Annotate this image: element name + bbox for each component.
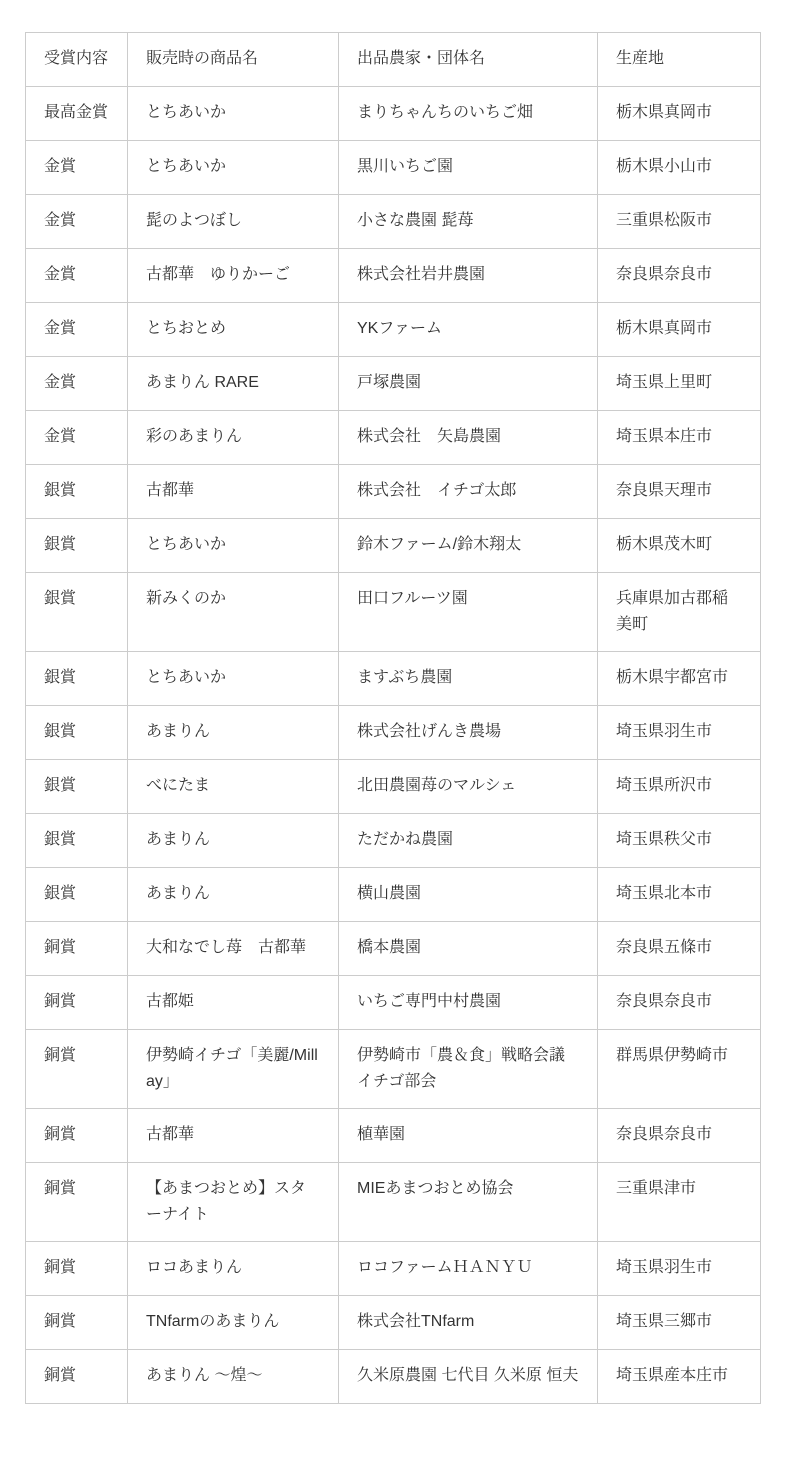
cell-region: 兵庫県加古郡稲美町 xyxy=(598,573,761,652)
cell-award: 最高金賞 xyxy=(26,87,128,141)
cell-product: とちおとめ xyxy=(128,303,339,357)
header-cell-product: 販売時の商品名 xyxy=(128,33,339,87)
cell-product: 髭のよつぼし xyxy=(128,195,339,249)
cell-product: とちあいか xyxy=(128,87,339,141)
cell-farm: まりちゃんちのいちご畑 xyxy=(339,87,598,141)
cell-award: 銅賞 xyxy=(26,922,128,976)
table-row: 金賞彩のあまりん株式会社 矢島農園埼玉県本庄市 xyxy=(26,411,761,465)
table-header-row: 受賞内容 販売時の商品名 出品農家・団体名 生産地 xyxy=(26,33,761,87)
cell-product: あまりん RARE xyxy=(128,357,339,411)
cell-award: 金賞 xyxy=(26,195,128,249)
table-row: 銅賞【あまつおとめ】スターナイトMIEあまつおとめ協会三重県津市 xyxy=(26,1163,761,1242)
cell-region: 奈良県奈良市 xyxy=(598,249,761,303)
page: 受賞内容 販売時の商品名 出品農家・団体名 生産地 最高金賞とちあいかまりちゃん… xyxy=(0,0,800,1457)
cell-farm: YKファーム xyxy=(339,303,598,357)
table-row: 銀賞古都華株式会社 イチゴ太郎奈良県天理市 xyxy=(26,465,761,519)
cell-award: 金賞 xyxy=(26,411,128,465)
cell-award: 銀賞 xyxy=(26,573,128,652)
cell-farm: 田口フルーツ園 xyxy=(339,573,598,652)
cell-farm: 株式会社TNfarm xyxy=(339,1296,598,1350)
cell-product: 【あまつおとめ】スターナイト xyxy=(128,1163,339,1242)
cell-award: 銀賞 xyxy=(26,760,128,814)
header-cell-award: 受賞内容 xyxy=(26,33,128,87)
cell-product: 古都姫 xyxy=(128,976,339,1030)
cell-product: 新みくのか xyxy=(128,573,339,652)
cell-region: 埼玉県所沢市 xyxy=(598,760,761,814)
table-row: 銅賞大和なでし苺 古都華橋本農園奈良県五條市 xyxy=(26,922,761,976)
cell-award: 銅賞 xyxy=(26,1296,128,1350)
cell-region: 埼玉県羽生市 xyxy=(598,706,761,760)
cell-farm: 株式会社 矢島農園 xyxy=(339,411,598,465)
cell-farm: 鈴木ファーム/鈴木翔太 xyxy=(339,519,598,573)
table-row: 銅賞ロコあまりんロコファームＨＡＮＹＵ埼玉県羽生市 xyxy=(26,1242,761,1296)
cell-award: 金賞 xyxy=(26,249,128,303)
cell-product: 古都華 xyxy=(128,1109,339,1163)
cell-farm: 株式会社岩井農園 xyxy=(339,249,598,303)
cell-region: 埼玉県産本庄市 xyxy=(598,1350,761,1404)
cell-product: 大和なでし苺 古都華 xyxy=(128,922,339,976)
table-row: 銅賞伊勢崎イチゴ「美麗/Millay」伊勢崎市「農＆食」戦略会議イチゴ部会群馬県… xyxy=(26,1030,761,1109)
cell-award: 銀賞 xyxy=(26,519,128,573)
cell-farm: 北田農園苺のマルシェ xyxy=(339,760,598,814)
cell-region: 埼玉県上里町 xyxy=(598,357,761,411)
cell-award: 金賞 xyxy=(26,141,128,195)
table-row: 銅賞あまりん ～煌～久米原農園 七代目 久米原 恒夫埼玉県産本庄市 xyxy=(26,1350,761,1404)
table-row: 銀賞べにたま北田農園苺のマルシェ埼玉県所沢市 xyxy=(26,760,761,814)
cell-product: 伊勢崎イチゴ「美麗/Millay」 xyxy=(128,1030,339,1109)
table-row: 金賞古都華 ゆりかーご株式会社岩井農園奈良県奈良市 xyxy=(26,249,761,303)
cell-region: 三重県松阪市 xyxy=(598,195,761,249)
header-cell-region: 生産地 xyxy=(598,33,761,87)
table-row: 銀賞あまりんただかね農園埼玉県秩父市 xyxy=(26,814,761,868)
cell-region: 三重県津市 xyxy=(598,1163,761,1242)
cell-farm: いちご専門中村農園 xyxy=(339,976,598,1030)
cell-award: 銀賞 xyxy=(26,465,128,519)
cell-award: 銀賞 xyxy=(26,652,128,706)
table-row: 最高金賞とちあいかまりちゃんちのいちご畑栃木県真岡市 xyxy=(26,87,761,141)
cell-farm: 株式会社げんき農場 xyxy=(339,706,598,760)
cell-award: 金賞 xyxy=(26,357,128,411)
cell-product: あまりん xyxy=(128,706,339,760)
cell-farm: 株式会社 イチゴ太郎 xyxy=(339,465,598,519)
cell-region: 栃木県真岡市 xyxy=(598,87,761,141)
cell-farm: ただかね農園 xyxy=(339,814,598,868)
cell-award: 銅賞 xyxy=(26,1109,128,1163)
cell-product: ロコあまりん xyxy=(128,1242,339,1296)
cell-award: 銅賞 xyxy=(26,1350,128,1404)
table-row: 銀賞あまりん横山農園埼玉県北本市 xyxy=(26,868,761,922)
cell-farm: ロコファームＨＡＮＹＵ xyxy=(339,1242,598,1296)
cell-award: 銅賞 xyxy=(26,1242,128,1296)
cell-region: 奈良県天理市 xyxy=(598,465,761,519)
cell-region: 埼玉県本庄市 xyxy=(598,411,761,465)
cell-award: 銅賞 xyxy=(26,1030,128,1109)
table-row: 金賞髭のよつぼし小さな農園 髭苺三重県松阪市 xyxy=(26,195,761,249)
cell-award: 銀賞 xyxy=(26,814,128,868)
cell-award: 銅賞 xyxy=(26,1163,128,1242)
cell-award: 金賞 xyxy=(26,303,128,357)
cell-region: 群馬県伊勢崎市 xyxy=(598,1030,761,1109)
cell-farm: 久米原農園 七代目 久米原 恒夫 xyxy=(339,1350,598,1404)
cell-farm: ますぶち農園 xyxy=(339,652,598,706)
cell-product: あまりん ～煌～ xyxy=(128,1350,339,1404)
awards-table: 受賞内容 販売時の商品名 出品農家・団体名 生産地 最高金賞とちあいかまりちゃん… xyxy=(25,32,761,1404)
table-row: 銀賞新みくのか田口フルーツ園兵庫県加古郡稲美町 xyxy=(26,573,761,652)
table-row: 金賞あまりん RARE戸塚農園埼玉県上里町 xyxy=(26,357,761,411)
cell-product: とちあいか xyxy=(128,652,339,706)
table-row: 金賞とちおとめYKファーム栃木県真岡市 xyxy=(26,303,761,357)
cell-farm: 黒川いちご園 xyxy=(339,141,598,195)
cell-region: 栃木県真岡市 xyxy=(598,303,761,357)
cell-farm: 小さな農園 髭苺 xyxy=(339,195,598,249)
header-cell-farm: 出品農家・団体名 xyxy=(339,33,598,87)
cell-region: 奈良県五條市 xyxy=(598,922,761,976)
cell-product: TNfarmのあまりん xyxy=(128,1296,339,1350)
cell-product: あまりん xyxy=(128,868,339,922)
cell-product: 古都華 ゆりかーご xyxy=(128,249,339,303)
table-row: 銅賞古都華植華園奈良県奈良市 xyxy=(26,1109,761,1163)
cell-product: とちあいか xyxy=(128,519,339,573)
cell-product: 古都華 xyxy=(128,465,339,519)
cell-farm: 伊勢崎市「農＆食」戦略会議イチゴ部会 xyxy=(339,1030,598,1109)
cell-region: 埼玉県三郷市 xyxy=(598,1296,761,1350)
cell-product: とちあいか xyxy=(128,141,339,195)
cell-award: 銀賞 xyxy=(26,868,128,922)
table-row: 銅賞古都姫いちご専門中村農園奈良県奈良市 xyxy=(26,976,761,1030)
cell-farm: 横山農園 xyxy=(339,868,598,922)
cell-region: 埼玉県北本市 xyxy=(598,868,761,922)
table-row: 銀賞とちあいか鈴木ファーム/鈴木翔太栃木県茂木町 xyxy=(26,519,761,573)
table-row: 銀賞とちあいかますぶち農園栃木県宇都宮市 xyxy=(26,652,761,706)
cell-farm: 戸塚農園 xyxy=(339,357,598,411)
cell-region: 埼玉県羽生市 xyxy=(598,1242,761,1296)
cell-product: あまりん xyxy=(128,814,339,868)
cell-region: 栃木県宇都宮市 xyxy=(598,652,761,706)
cell-product: べにたま xyxy=(128,760,339,814)
table-row: 銅賞TNfarmのあまりん株式会社TNfarm埼玉県三郷市 xyxy=(26,1296,761,1350)
table-body: 最高金賞とちあいかまりちゃんちのいちご畑栃木県真岡市金賞とちあいか黒川いちご園栃… xyxy=(26,87,761,1404)
table-row: 金賞とちあいか黒川いちご園栃木県小山市 xyxy=(26,141,761,195)
cell-region: 栃木県茂木町 xyxy=(598,519,761,573)
cell-region: 栃木県小山市 xyxy=(598,141,761,195)
cell-farm: 植華園 xyxy=(339,1109,598,1163)
cell-region: 埼玉県秩父市 xyxy=(598,814,761,868)
cell-farm: 橋本農園 xyxy=(339,922,598,976)
cell-region: 奈良県奈良市 xyxy=(598,1109,761,1163)
cell-award: 銀賞 xyxy=(26,706,128,760)
table-row: 銀賞あまりん株式会社げんき農場埼玉県羽生市 xyxy=(26,706,761,760)
cell-region: 奈良県奈良市 xyxy=(598,976,761,1030)
cell-award: 銅賞 xyxy=(26,976,128,1030)
cell-farm: MIEあまつおとめ協会 xyxy=(339,1163,598,1242)
cell-product: 彩のあまりん xyxy=(128,411,339,465)
